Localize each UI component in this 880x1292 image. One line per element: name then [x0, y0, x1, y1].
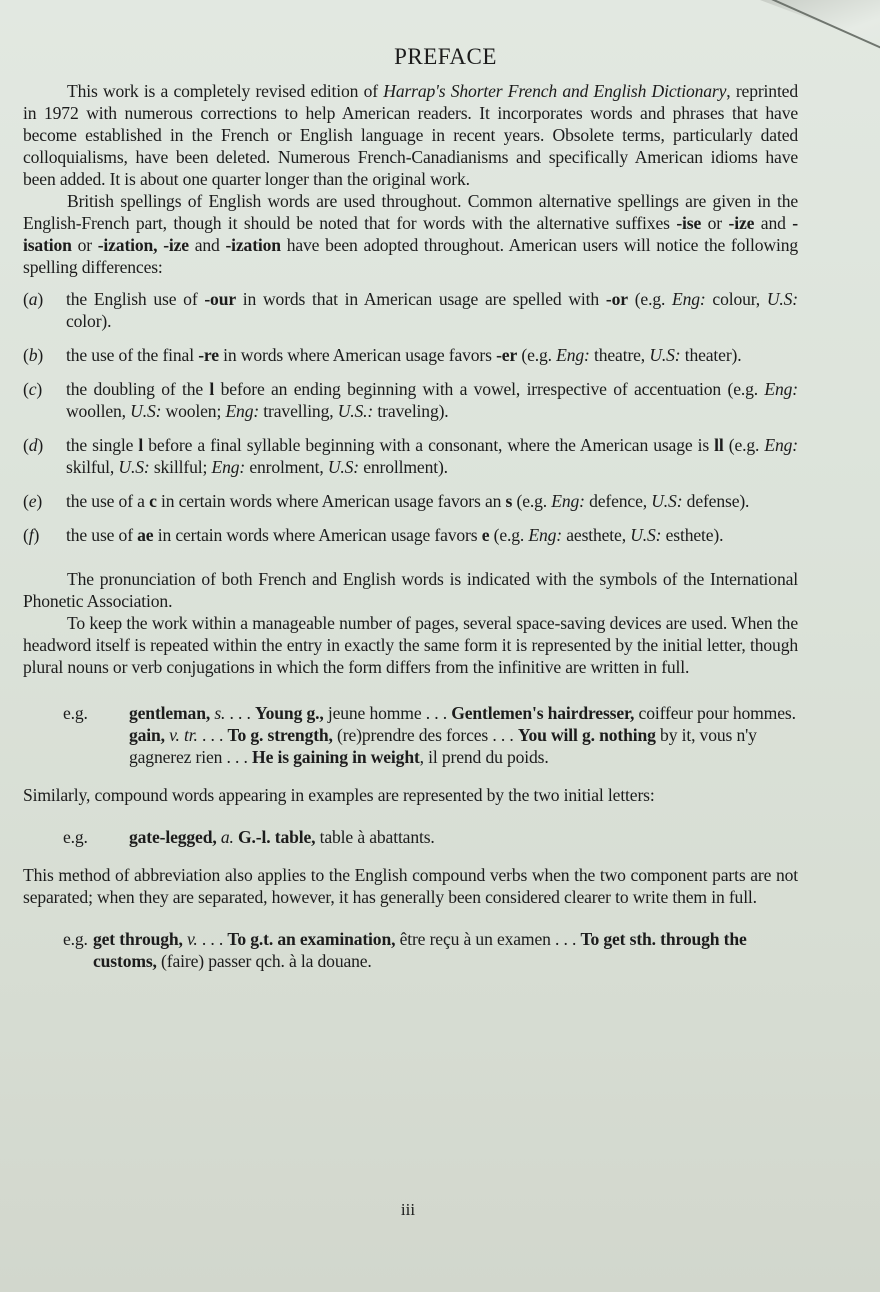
list-item-text: the single l before a final syllable beg… — [66, 435, 798, 477]
text-run: in words where American usage favors — [219, 345, 496, 365]
italic-term: v. tr. — [169, 725, 198, 745]
text-run: (e.g. — [628, 289, 672, 309]
bold-term: To g.t. an examination, — [227, 929, 395, 949]
text-run: Similarly, compound words appearing in e… — [23, 785, 655, 805]
text-run: (e.g. — [724, 435, 765, 455]
list-marker: (e) — [23, 490, 42, 512]
italic-term: Eng: — [556, 345, 590, 365]
list-item-text: the doubling of the l before an ending b… — [66, 379, 798, 421]
text-run: defence, — [585, 491, 651, 511]
marker-letter: a — [29, 289, 38, 309]
text-run: skilful, — [66, 457, 118, 477]
text-run: (e.g. — [489, 525, 528, 545]
italic-term: Eng: — [528, 525, 562, 545]
list-item-c: (c) the doubling of the l before an endi… — [23, 378, 798, 422]
italic-term: Eng: — [672, 289, 706, 309]
text-run: aesthete, — [562, 525, 630, 545]
bold-term: -or — [606, 289, 628, 309]
text-run: before a final syllable beginning with a… — [143, 435, 714, 455]
text-run: être reçu à un examen . . . — [395, 929, 580, 949]
text-run: jeune homme . . . — [324, 703, 452, 723]
text-run: . . . — [198, 929, 228, 949]
italic-term: U.S: — [130, 401, 161, 421]
example-block-2: e.g.gate-legged, a. G.-l. table, table à… — [63, 826, 798, 848]
text-run: theatre, — [590, 345, 650, 365]
list-item-a: (a) the English use of -our in words tha… — [23, 288, 798, 332]
bold-term: -ization, -ize — [98, 235, 189, 255]
italic-term: Harrap's Shorter French and English Dict… — [383, 81, 726, 101]
list-marker: (a) — [23, 288, 43, 310]
text-run: the English use of — [66, 289, 204, 309]
intro-paragraph-1: This work is a completely revised editio… — [23, 80, 798, 190]
italic-term: Eng: — [764, 379, 798, 399]
list-item-text: the use of a c in certain words where Am… — [66, 491, 749, 511]
text-run: color). — [66, 311, 111, 331]
bold-term: He is gaining in weight — [252, 747, 420, 767]
bold-term: get through, — [93, 929, 183, 949]
marker-letter: d — [29, 435, 38, 455]
text-run: coiffeur pour hommes. — [634, 703, 796, 723]
list-marker: (c) — [23, 378, 42, 400]
text-run: or — [701, 213, 728, 233]
italic-term: a. — [221, 827, 234, 847]
text-run: (re)prendre des forces . . . — [333, 725, 518, 745]
bold-term: gentleman, — [129, 703, 210, 723]
text-run: or — [72, 235, 98, 255]
bold-term: -ization — [225, 235, 280, 255]
italic-term: U.S: — [767, 289, 798, 309]
space-saving-paragraph: To keep the work within a manageable num… — [23, 612, 798, 678]
italic-term: v. — [187, 929, 198, 949]
text-run: woollen, — [66, 401, 130, 421]
text-run: defense). — [682, 491, 749, 511]
bold-term: Young g., — [255, 703, 324, 723]
text-run: the use of a — [66, 491, 149, 511]
bold-term: You will g. nothing — [518, 725, 656, 745]
bold-term: -ise — [676, 213, 701, 233]
bold-term: gain, — [129, 725, 165, 745]
text-run: This work is a completely revised editio… — [67, 81, 383, 101]
text-run: . . . — [225, 703, 255, 723]
text-run: the single — [66, 435, 138, 455]
list-item-text: the English use of -our in words that in… — [66, 289, 798, 331]
italic-term: U.S.: — [338, 401, 373, 421]
italic-term: U.S: — [630, 525, 661, 545]
text-run: (faire) passer qch. à la douane. — [157, 951, 372, 971]
italic-term: U.S: — [649, 345, 680, 365]
italic-term: Eng: — [211, 457, 245, 477]
example-block-1: e.g.gentleman, s. . . . Young g., jeune … — [63, 702, 798, 768]
text-run: in words that in American usage are spel… — [236, 289, 606, 309]
list-item-text: the use of the final -re in words where … — [66, 345, 742, 365]
compound-words-paragraph: Similarly, compound words appearing in e… — [23, 784, 798, 806]
italic-term: U.S: — [651, 491, 682, 511]
example-prefix: e.g. — [63, 928, 88, 950]
text-run: and — [189, 235, 225, 255]
example-entry: gate-legged, a. G.-l. table, table à aba… — [129, 826, 798, 848]
text-run: (e.g. — [517, 345, 556, 365]
example-entry: gentleman, s. . . . Young g., jeune homm… — [129, 702, 798, 724]
text-run: in certain words where American usage fa… — [157, 491, 506, 511]
bold-term: -our — [204, 289, 236, 309]
list-marker: (b) — [23, 344, 43, 366]
bold-term: G.-l. table, — [238, 827, 315, 847]
example-prefix: e.g. — [63, 702, 88, 724]
intro-paragraph-2: British spellings of English words are u… — [23, 190, 798, 278]
page-title: PREFACE — [23, 40, 798, 74]
text-run: the use of — [66, 525, 137, 545]
italic-term: Eng: — [225, 401, 259, 421]
text-run: enrolment, — [245, 457, 328, 477]
italic-term: s. — [214, 703, 225, 723]
marker-letter: f — [29, 525, 34, 545]
text-run: esthete). — [661, 525, 723, 545]
bold-term: Gentlemen's hairdresser, — [451, 703, 634, 723]
text-run: traveling). — [373, 401, 448, 421]
text-run: in certain words where American usage fa… — [153, 525, 481, 545]
list-marker: (f) — [23, 524, 39, 546]
marker-letter: b — [29, 345, 38, 365]
preface-page: PREFACE This work is a completely revise… — [23, 40, 798, 972]
example-entry: gain, v. tr. . . . To g. strength, (re)p… — [129, 724, 798, 768]
marker-letter: c — [29, 379, 37, 399]
italic-term: U.S: — [118, 457, 149, 477]
list-item-b: (b) the use of the final -re in words wh… — [23, 344, 798, 366]
page-number: iii — [0, 1200, 806, 1220]
example-block-3: e.g.get through, v. . . . To g.t. an exa… — [63, 928, 798, 972]
text-run: travelling, — [259, 401, 338, 421]
italic-term: U.S: — [328, 457, 359, 477]
text-run: table à abattants. — [315, 827, 434, 847]
example-prefix: e.g. — [63, 826, 88, 848]
bold-term: To g. strength, — [228, 725, 333, 745]
list-item-d: (d) the single l before a final syllable… — [23, 434, 798, 478]
text-run: This method of abbreviation also applies… — [23, 865, 798, 907]
text-run: the use of the final — [66, 345, 198, 365]
abbreviation-paragraph: This method of abbreviation also applies… — [23, 864, 798, 908]
text-run: enrollment). — [359, 457, 448, 477]
text-run: . . . — [198, 725, 228, 745]
text-run: before an ending beginning with a vowel,… — [214, 379, 764, 399]
text-run: , il prend du poids. — [420, 747, 549, 767]
bold-term: ll — [714, 435, 723, 455]
text-run: the doubling of the — [66, 379, 209, 399]
list-item-text: the use of ae in certain words where Ame… — [66, 525, 723, 545]
text-run: woolen; — [161, 401, 225, 421]
text-run: skillful; — [150, 457, 212, 477]
text-run: and — [754, 213, 792, 233]
text-run: (e.g. — [512, 491, 551, 511]
bold-term: -ize — [729, 213, 755, 233]
pronunciation-paragraph: The pronunciation of both French and Eng… — [23, 568, 798, 612]
bold-term: gate-legged, — [129, 827, 217, 847]
bold-term: c — [149, 491, 157, 511]
spelling-differences-list: (a) the English use of -our in words tha… — [23, 288, 798, 546]
text-run: theater). — [680, 345, 741, 365]
text-run: colour, — [706, 289, 767, 309]
example-entry: get through, v. . . . To g.t. an examina… — [93, 928, 798, 972]
text-run: To keep the work within a manageable num… — [23, 613, 798, 677]
italic-term: Eng: — [551, 491, 585, 511]
bold-term: ae — [137, 525, 153, 545]
marker-letter: e — [29, 491, 37, 511]
list-marker: (d) — [23, 434, 43, 456]
text-run: The pronunciation of both French and Eng… — [23, 569, 798, 611]
bold-term: -re — [198, 345, 219, 365]
bold-term: -er — [496, 345, 517, 365]
italic-term: Eng: — [764, 435, 798, 455]
list-item-f: (f) the use of ae in certain words where… — [23, 524, 798, 546]
list-item-e: (e) the use of a c in certain words wher… — [23, 490, 798, 512]
